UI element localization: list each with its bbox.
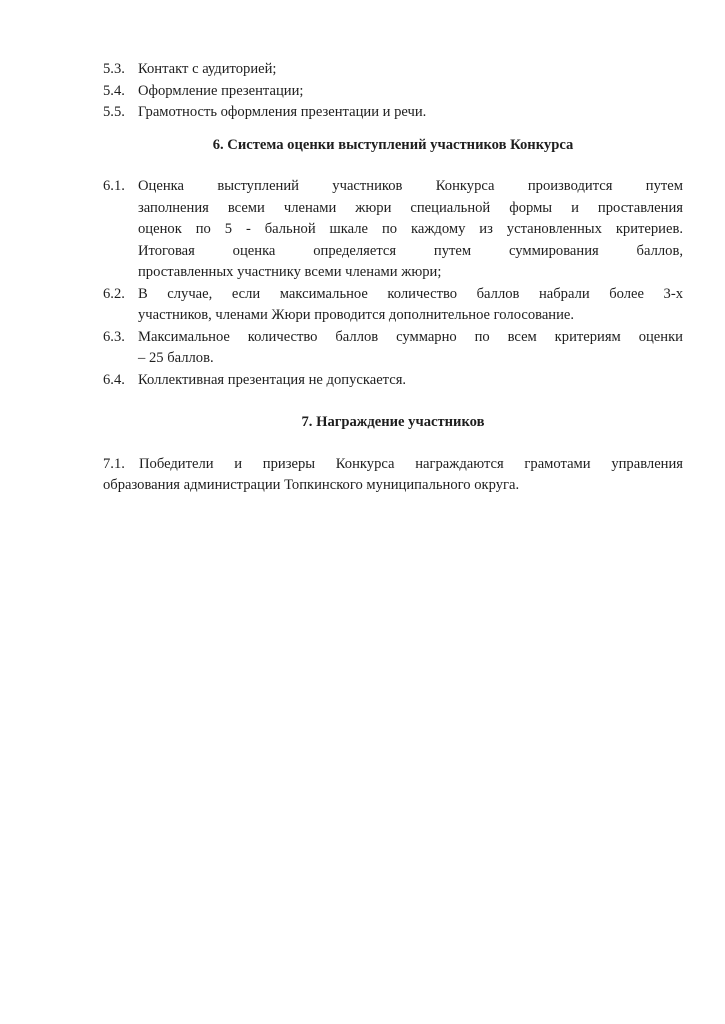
item-text: Оформление презентации;	[138, 81, 683, 103]
list-item-6-2: 6.2. В случае, если максимальное количес…	[103, 284, 683, 327]
text-line: Оценка выступлений участников Конкурса п…	[138, 176, 683, 198]
criteria-list: 5.3. Контакт с аудиторией; 5.4. Оформлен…	[103, 59, 683, 124]
text-line: Итоговая оценка определяется путем сумми…	[138, 241, 683, 263]
section-7-heading: 7. Награждение участников	[103, 412, 683, 434]
item-number: 6.3.	[103, 327, 125, 349]
text-line: проставленных участнику всеми членами жю…	[138, 262, 683, 284]
list-item-6-4: 6.4. Коллективная презентация не допуска…	[103, 370, 683, 392]
item-text: Грамотность оформления презентации и реч…	[138, 102, 683, 124]
section-6-heading: 6. Система оценки выступлений участников…	[103, 135, 683, 157]
text-line: Коллективная презентация не допускается.	[138, 370, 683, 392]
list-item-5-5: 5.5. Грамотность оформления презентации …	[103, 102, 683, 124]
document-page: 5.3. Контакт с аудиторией; 5.4. Оформлен…	[0, 0, 725, 1024]
list-item-5-3: 5.3. Контакт с аудиторией;	[103, 59, 683, 81]
item-number: 5.5.	[103, 102, 125, 124]
list-item-6-3: 6.3. Максимальное количество баллов сумм…	[103, 327, 683, 370]
paragraph-text: Победители и призеры Конкурса награждают…	[139, 456, 683, 472]
item-number: 5.3.	[103, 59, 125, 81]
text-line: заполнения всеми членами жюри специально…	[138, 198, 683, 220]
text-line: участников, членами Жюри проводится допо…	[138, 305, 683, 327]
text-line: В случае, если максимальное количество б…	[138, 284, 683, 306]
list-item-6-1: 6.1. Оценка выступлений участников Конку…	[103, 176, 683, 284]
text-line: – 25 баллов.	[138, 348, 683, 370]
item-number: 6.2.	[103, 284, 125, 306]
paragraph-7-1: 7.1.Победители и призеры Конкурса награж…	[103, 454, 683, 497]
text-line: оценок по 5 - бальной шкале по каждому и…	[138, 219, 683, 241]
text-line: Максимальное количество баллов суммарно …	[138, 327, 683, 349]
text-line: образования администрации Топкинского му…	[103, 475, 683, 497]
text-line: 7.1.Победители и призеры Конкурса награж…	[103, 454, 683, 476]
section-6-list: 6.1. Оценка выступлений участников Конку…	[103, 176, 683, 391]
item-text: Контакт с аудиторией;	[138, 59, 683, 81]
paragraph-number: 7.1.	[103, 454, 139, 476]
item-number: 6.4.	[103, 370, 125, 392]
list-item-5-4: 5.4. Оформление презентации;	[103, 81, 683, 103]
item-number: 5.4.	[103, 81, 125, 103]
item-number: 6.1.	[103, 176, 125, 198]
